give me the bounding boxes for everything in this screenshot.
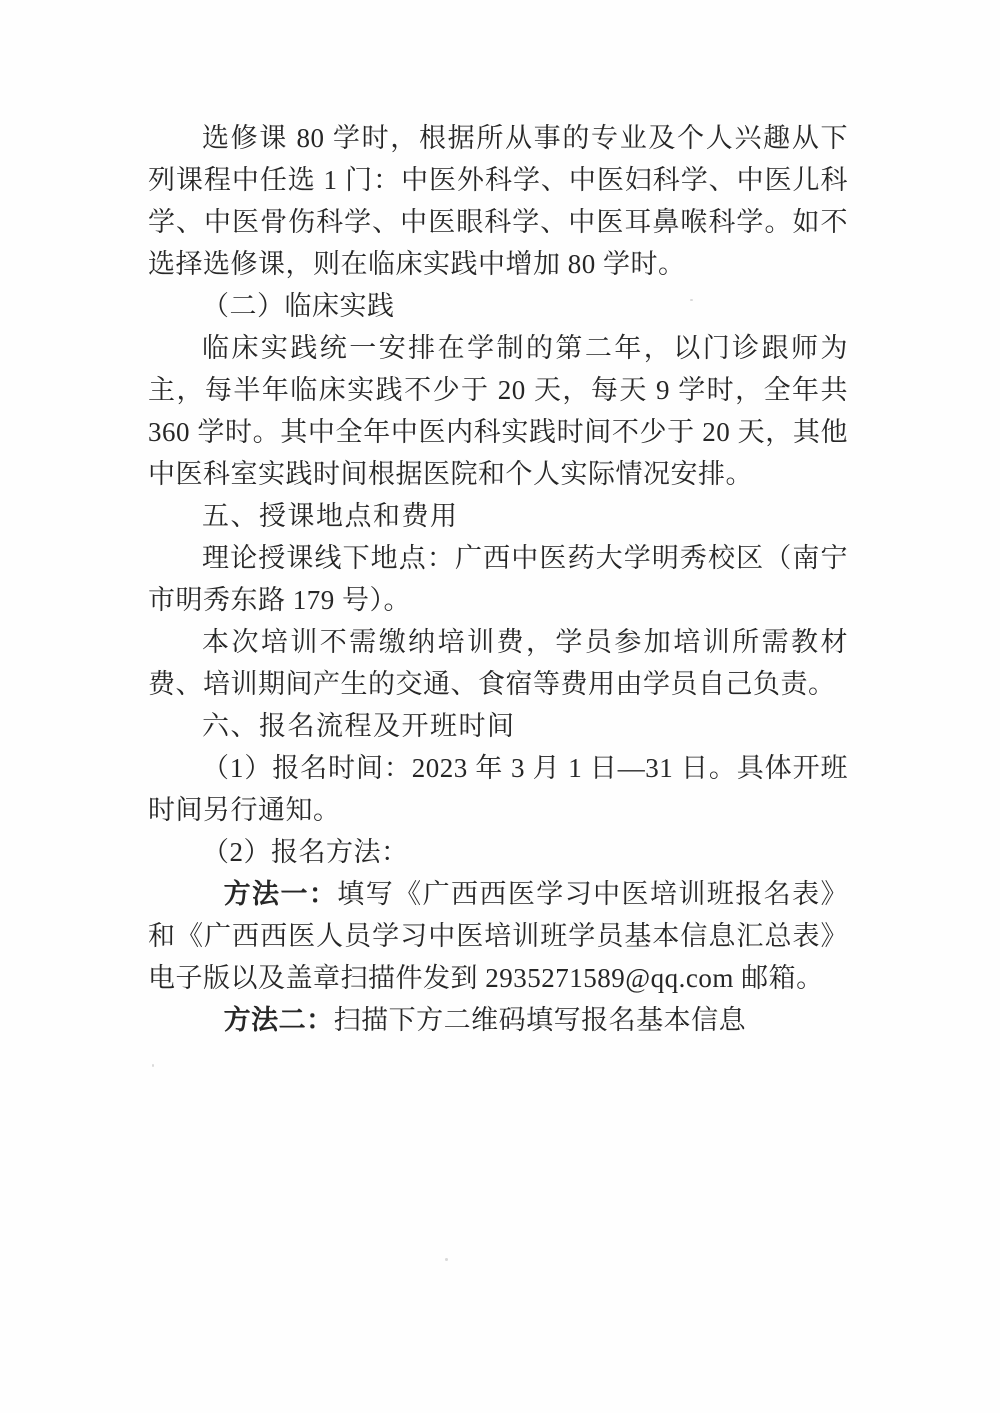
scan-artifact: [152, 1064, 154, 1067]
method-one-label: 方法一：: [224, 879, 338, 909]
document-body: 选修课 80 学时，根据所从事的专业及个人兴趣从下列课程中任选 1 门：中医外科…: [148, 117, 848, 1041]
paragraph-registration-time: （1）报名时间：2023 年 3 月 1 日—31 日。具体开班时间另行通知。: [148, 747, 848, 831]
paragraph-clinical-practice-details: 临床实践统一安排在学制的第二年，以门诊跟师为主，每半年临床实践不少于 20 天，…: [148, 327, 848, 495]
scanned-document-page: 选修课 80 学时，根据所从事的专业及个人兴趣从下列课程中任选 1 门：中医外科…: [0, 0, 1000, 1413]
paragraph-elective-courses: 选修课 80 学时，根据所从事的专业及个人兴趣从下列课程中任选 1 门：中医外科…: [148, 117, 848, 285]
scan-artifact: [690, 299, 693, 301]
method-two-text: 扫描下方二维码填写报名基本信息: [334, 1005, 747, 1035]
paragraph-teaching-location: 理论授课线下地点：广西中医药大学明秀校区（南宁市明秀东路 179 号）。: [148, 537, 848, 621]
paragraph-registration-method-label: （2）报名方法：: [148, 831, 848, 873]
paragraph-method-one: 方法一：填写《广西西医学习中医培训班报名表》和《广西西医人员学习中医培训班学员基…: [148, 873, 848, 999]
section-heading-registration: 六、报名流程及开班时间: [148, 705, 848, 747]
method-two-label: 方法二：: [224, 1005, 334, 1035]
subheading-clinical-practice: （二）临床实践: [148, 285, 848, 327]
paragraph-fees: 本次培训不需缴纳培训费，学员参加培训所需教材费、培训期间产生的交通、食宿等费用由…: [148, 621, 848, 705]
section-heading-location-fees: 五、授课地点和费用: [148, 495, 848, 537]
paragraph-method-two: 方法二：扫描下方二维码填写报名基本信息: [148, 999, 848, 1041]
scan-artifact: [445, 1258, 448, 1261]
